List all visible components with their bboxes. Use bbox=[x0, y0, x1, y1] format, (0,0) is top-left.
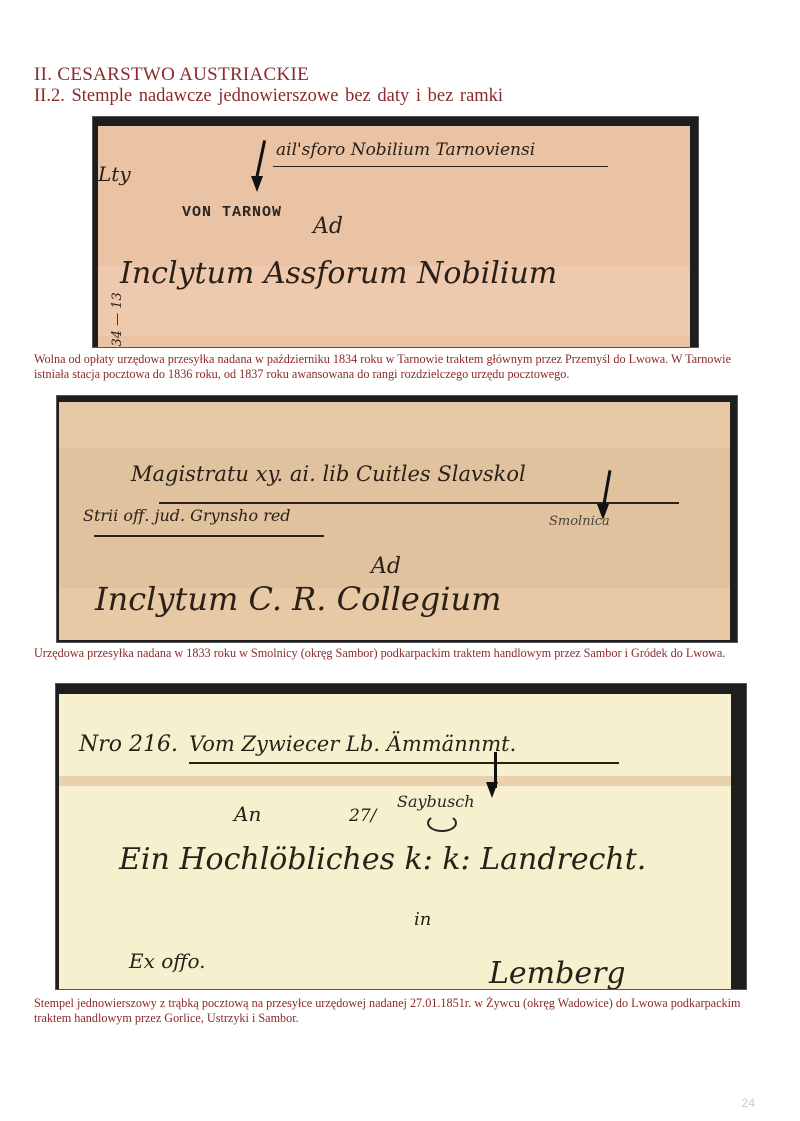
cover-1-address-line-1: ail'sforo Nobilium Tarnoviensi bbox=[276, 140, 535, 160]
cover-3-postmark: Saybusch bbox=[397, 792, 475, 811]
cover-1-image: ail'sforo Nobilium Tarnoviensi Lty VON T… bbox=[98, 126, 690, 347]
cover-1-margin-note: Lty bbox=[98, 162, 131, 186]
cover-2-address-line-4: Inclytum C. R. Collegium bbox=[95, 580, 501, 618]
cover-2-address-line-1: Magistratu xy. ai. lib Cuitles Slavskol bbox=[131, 462, 526, 486]
cover-2-address-line-2: Strii off. jud. Grynsho red bbox=[83, 506, 291, 525]
cover-3-image: Nro 216. Vom Zywiecer Lb. Ämmännmt. Sayb… bbox=[59, 694, 731, 989]
cover-1-caption: Wolna od opłaty urzędowa przesyłka nadan… bbox=[34, 352, 764, 382]
cover-2-underline-2 bbox=[94, 535, 324, 537]
cover-2-caption: Urzędowa przesyłka nadana w 1833 roku w … bbox=[34, 646, 764, 661]
post-horn-icon bbox=[427, 814, 457, 832]
cover-3-underline bbox=[189, 762, 619, 764]
cover-3-ex-offo: Ex offo. bbox=[129, 949, 206, 973]
section-title: II. CESARSTWO AUSTRIACKIE bbox=[34, 64, 309, 86]
cover-3-date-mark: 27/ bbox=[349, 806, 376, 826]
cover-1-postmark: VON TARNOW bbox=[182, 204, 282, 221]
cover-3-addressee: Ein Hochlöbliches k: k: Landrecht. bbox=[119, 842, 646, 877]
page-number: 24 bbox=[742, 1096, 755, 1110]
cover-1-address-line-3: Inclytum Assforum Nobilium bbox=[120, 256, 557, 291]
cover-3-sender: Vom Zywiecer Lb. Ämmännmt. bbox=[189, 732, 516, 756]
cover-3-address-an: An bbox=[234, 802, 261, 826]
cover-2-image: Magistratu xy. ai. lib Cuitles Slavskol … bbox=[59, 402, 730, 640]
cover-3-destination: Lemberg bbox=[489, 956, 626, 989]
cover-2-address-line-3: Ad bbox=[371, 554, 401, 579]
cover-1-underline bbox=[273, 166, 608, 167]
cover-1-margin-numbers: 834 — 13 bbox=[110, 292, 125, 347]
cover-3-reference-number: Nro 216. bbox=[79, 732, 178, 757]
cover-3-caption: Stempel jednowierszowy z trąbką pocztową… bbox=[34, 996, 764, 1026]
section-subtitle: II.2. Stemple nadawcze jednowierszowe be… bbox=[34, 86, 503, 107]
cover-3-address-in: in bbox=[414, 909, 431, 930]
cover-3-stain bbox=[59, 776, 731, 786]
cover-1-address-line-2: Ad bbox=[313, 214, 343, 239]
